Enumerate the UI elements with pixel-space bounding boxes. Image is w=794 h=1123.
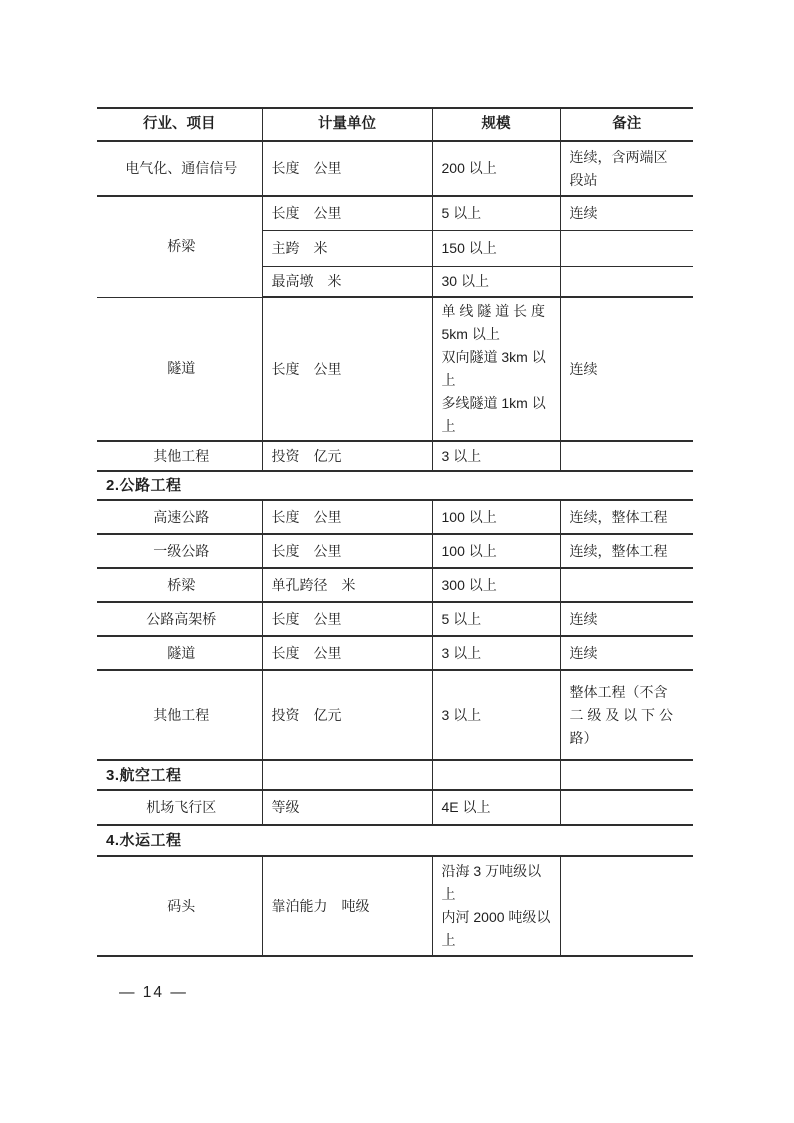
table-row: 高速公路长度 公里100 以上连续，整体工程 bbox=[97, 500, 693, 534]
cell-remark bbox=[560, 856, 693, 956]
cell-remark bbox=[560, 568, 693, 602]
cell-scale: 3 以上 bbox=[432, 636, 560, 670]
cell-scale: 5 以上 bbox=[432, 196, 560, 230]
cell-industry: 隧道 bbox=[97, 297, 262, 441]
cell-industry: 码头 bbox=[97, 856, 262, 956]
cell-unit: 等级 bbox=[262, 790, 432, 825]
cell-industry: 高速公路 bbox=[97, 500, 262, 534]
cell-unit: 长度 公里 bbox=[262, 636, 432, 670]
cell-scale: 200 以上 bbox=[432, 141, 560, 196]
table-row: 桥梁单孔跨径 米300 以上 bbox=[97, 568, 693, 602]
cell-scale: 150 以上 bbox=[432, 230, 560, 266]
section-header: 4.水运工程 bbox=[97, 825, 693, 856]
cell-industry: 其他工程 bbox=[97, 441, 262, 471]
section-row-with-cells: 3.航空工程 bbox=[97, 760, 693, 790]
table-row: 隧道长度 公里3 以上连续 bbox=[97, 636, 693, 670]
cell-industry: 隧道 bbox=[97, 636, 262, 670]
cell-unit: 主跨 米 bbox=[262, 230, 432, 266]
spec-table: 行业、项目 计量单位 规模 备注 电气化、通信信号长度 公里200 以上连续，含… bbox=[97, 107, 693, 957]
empty-cell bbox=[432, 760, 560, 790]
cell-remark: 连续，整体工程 bbox=[560, 500, 693, 534]
cell-remark: 整体工程（不含 二 级 及 以 下 公 路） bbox=[560, 670, 693, 760]
cell-unit: 长度 公里 bbox=[262, 196, 432, 230]
empty-cell bbox=[262, 760, 432, 790]
table-row: 电气化、通信信号长度 公里200 以上连续，含两端区 段站 bbox=[97, 141, 693, 196]
table-row: 隧道长度 公里单 线 隧 道 长 度 5km 以上 双向隧道 3km 以 上 多… bbox=[97, 297, 693, 441]
cell-unit: 长度 公里 bbox=[262, 534, 432, 568]
column-header-scale: 规模 bbox=[432, 108, 560, 141]
cell-industry: 公路高架桥 bbox=[97, 602, 262, 636]
column-header-remark: 备注 bbox=[560, 108, 693, 141]
table-row: 机场飞行区等级4E 以上 bbox=[97, 790, 693, 825]
cell-remark: 连续，整体工程 bbox=[560, 534, 693, 568]
cell-scale: 4E 以上 bbox=[432, 790, 560, 825]
section-row: 4.水运工程 bbox=[97, 825, 693, 856]
cell-remark bbox=[560, 266, 693, 297]
cell-industry: 一级公路 bbox=[97, 534, 262, 568]
cell-scale: 300 以上 bbox=[432, 568, 560, 602]
cell-remark: 连续 bbox=[560, 636, 693, 670]
table-row: 公路高架桥长度 公里5 以上连续 bbox=[97, 602, 693, 636]
cell-scale: 3 以上 bbox=[432, 670, 560, 760]
cell-industry: 其他工程 bbox=[97, 670, 262, 760]
header-row: 行业、项目 计量单位 规模 备注 bbox=[97, 108, 693, 141]
section-header: 3.航空工程 bbox=[97, 760, 262, 790]
cell-unit: 投资 亿元 bbox=[262, 441, 432, 471]
cell-unit: 长度 公里 bbox=[262, 141, 432, 196]
spec-table-body: 电气化、通信信号长度 公里200 以上连续，含两端区 段站桥梁长度 公里5 以上… bbox=[97, 141, 693, 956]
table-row: 桥梁长度 公里5 以上连续 bbox=[97, 196, 693, 230]
cell-remark bbox=[560, 441, 693, 471]
cell-remark: 连续 bbox=[560, 297, 693, 441]
table-row: 一级公路长度 公里100 以上连续，整体工程 bbox=[97, 534, 693, 568]
cell-remark: 连续 bbox=[560, 602, 693, 636]
cell-unit: 长度 公里 bbox=[262, 602, 432, 636]
cell-scale: 100 以上 bbox=[432, 500, 560, 534]
cell-scale: 单 线 隧 道 长 度 5km 以上 双向隧道 3km 以 上 多线隧道 1km… bbox=[432, 297, 560, 441]
cell-industry: 桥梁 bbox=[97, 568, 262, 602]
cell-scale: 100 以上 bbox=[432, 534, 560, 568]
column-header-unit: 计量单位 bbox=[262, 108, 432, 141]
cell-remark bbox=[560, 230, 693, 266]
cell-unit: 最高墩 米 bbox=[262, 266, 432, 297]
cell-unit: 靠泊能力 吨级 bbox=[262, 856, 432, 956]
cell-industry: 电气化、通信信号 bbox=[97, 141, 262, 196]
section-header: 2.公路工程 bbox=[97, 471, 693, 500]
cell-unit: 长度 公里 bbox=[262, 297, 432, 441]
cell-unit: 单孔跨径 米 bbox=[262, 568, 432, 602]
cell-remark: 连续，含两端区 段站 bbox=[560, 141, 693, 196]
cell-industry: 机场飞行区 bbox=[97, 790, 262, 825]
cell-remark: 连续 bbox=[560, 196, 693, 230]
table-row: 其他工程投资 亿元3 以上 bbox=[97, 441, 693, 471]
empty-cell bbox=[560, 760, 693, 790]
document-page: 行业、项目 计量单位 规模 备注 电气化、通信信号长度 公里200 以上连续，含… bbox=[0, 0, 794, 1123]
cell-unit: 长度 公里 bbox=[262, 500, 432, 534]
cell-unit: 投资 亿元 bbox=[262, 670, 432, 760]
section-row: 2.公路工程 bbox=[97, 471, 693, 500]
spec-table-header: 行业、项目 计量单位 规模 备注 bbox=[97, 108, 693, 141]
table-row: 其他工程投资 亿元3 以上整体工程（不含 二 级 及 以 下 公 路） bbox=[97, 670, 693, 760]
cell-scale: 30 以上 bbox=[432, 266, 560, 297]
cell-scale: 3 以上 bbox=[432, 441, 560, 471]
cell-industry: 桥梁 bbox=[97, 196, 262, 297]
cell-scale: 沿海 3 万吨级以 上 内河 2000 吨级以 上 bbox=[432, 856, 560, 956]
cell-scale: 5 以上 bbox=[432, 602, 560, 636]
table-row: 码头靠泊能力 吨级沿海 3 万吨级以 上 内河 2000 吨级以 上 bbox=[97, 856, 693, 956]
column-header-industry: 行业、项目 bbox=[97, 108, 262, 141]
cell-remark bbox=[560, 790, 693, 825]
page-number: — 14 — bbox=[119, 984, 188, 1002]
